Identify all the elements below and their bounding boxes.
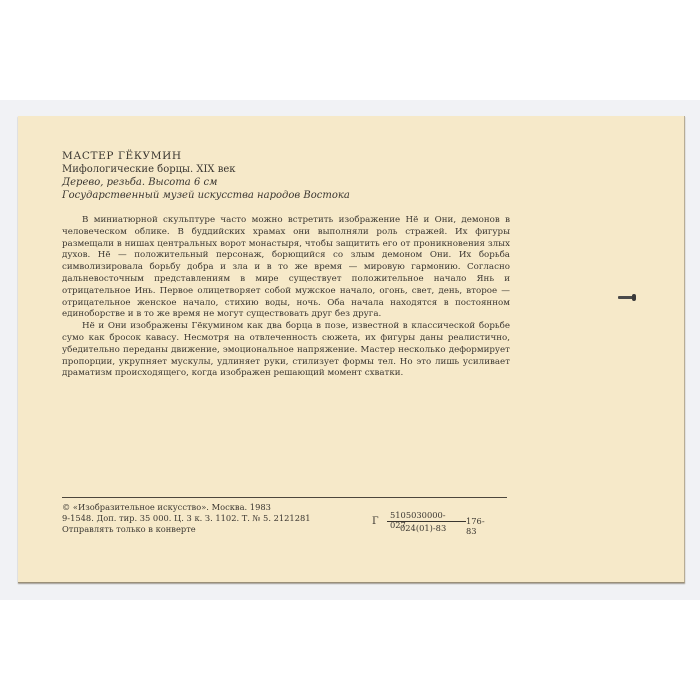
header-block: МАСТЕР ГЁКУМИН Мифологические борцы. XIX… xyxy=(62,150,350,202)
mailing-note: Отправлять только в конверте xyxy=(62,524,311,535)
material: Дерево, резьба. Высота 6 см xyxy=(62,176,350,189)
imprint: © «Изобразительное искусство». Москва. 1… xyxy=(62,502,311,535)
museum: Государственный музей искусства народов … xyxy=(62,189,350,202)
author: МАСТЕР ГЁКУМИН xyxy=(62,150,350,163)
paragraph: Нё и Они изображены Гёкумином как два бо… xyxy=(62,321,510,380)
description: В миниатюрной скульптуре часто можно вст… xyxy=(62,215,510,380)
print-details: 9-1548. Доп. тир. 35 000. Ц. 3 к. З. 110… xyxy=(62,513,311,524)
divider xyxy=(62,497,507,498)
publisher-line: © «Изобразительное искусство». Москва. 1… xyxy=(62,502,311,513)
paragraph: В миниатюрной скульптуре часто можно вст… xyxy=(62,215,510,321)
code-prefix: Г xyxy=(372,516,379,527)
fraction-bar xyxy=(387,521,466,522)
code-suffix: 176-83 xyxy=(466,516,485,536)
code-denominator: 024(01)-83 xyxy=(400,523,446,533)
pin-mark xyxy=(618,296,634,299)
artwork-title: Мифологические борцы. XIX век xyxy=(62,163,350,176)
